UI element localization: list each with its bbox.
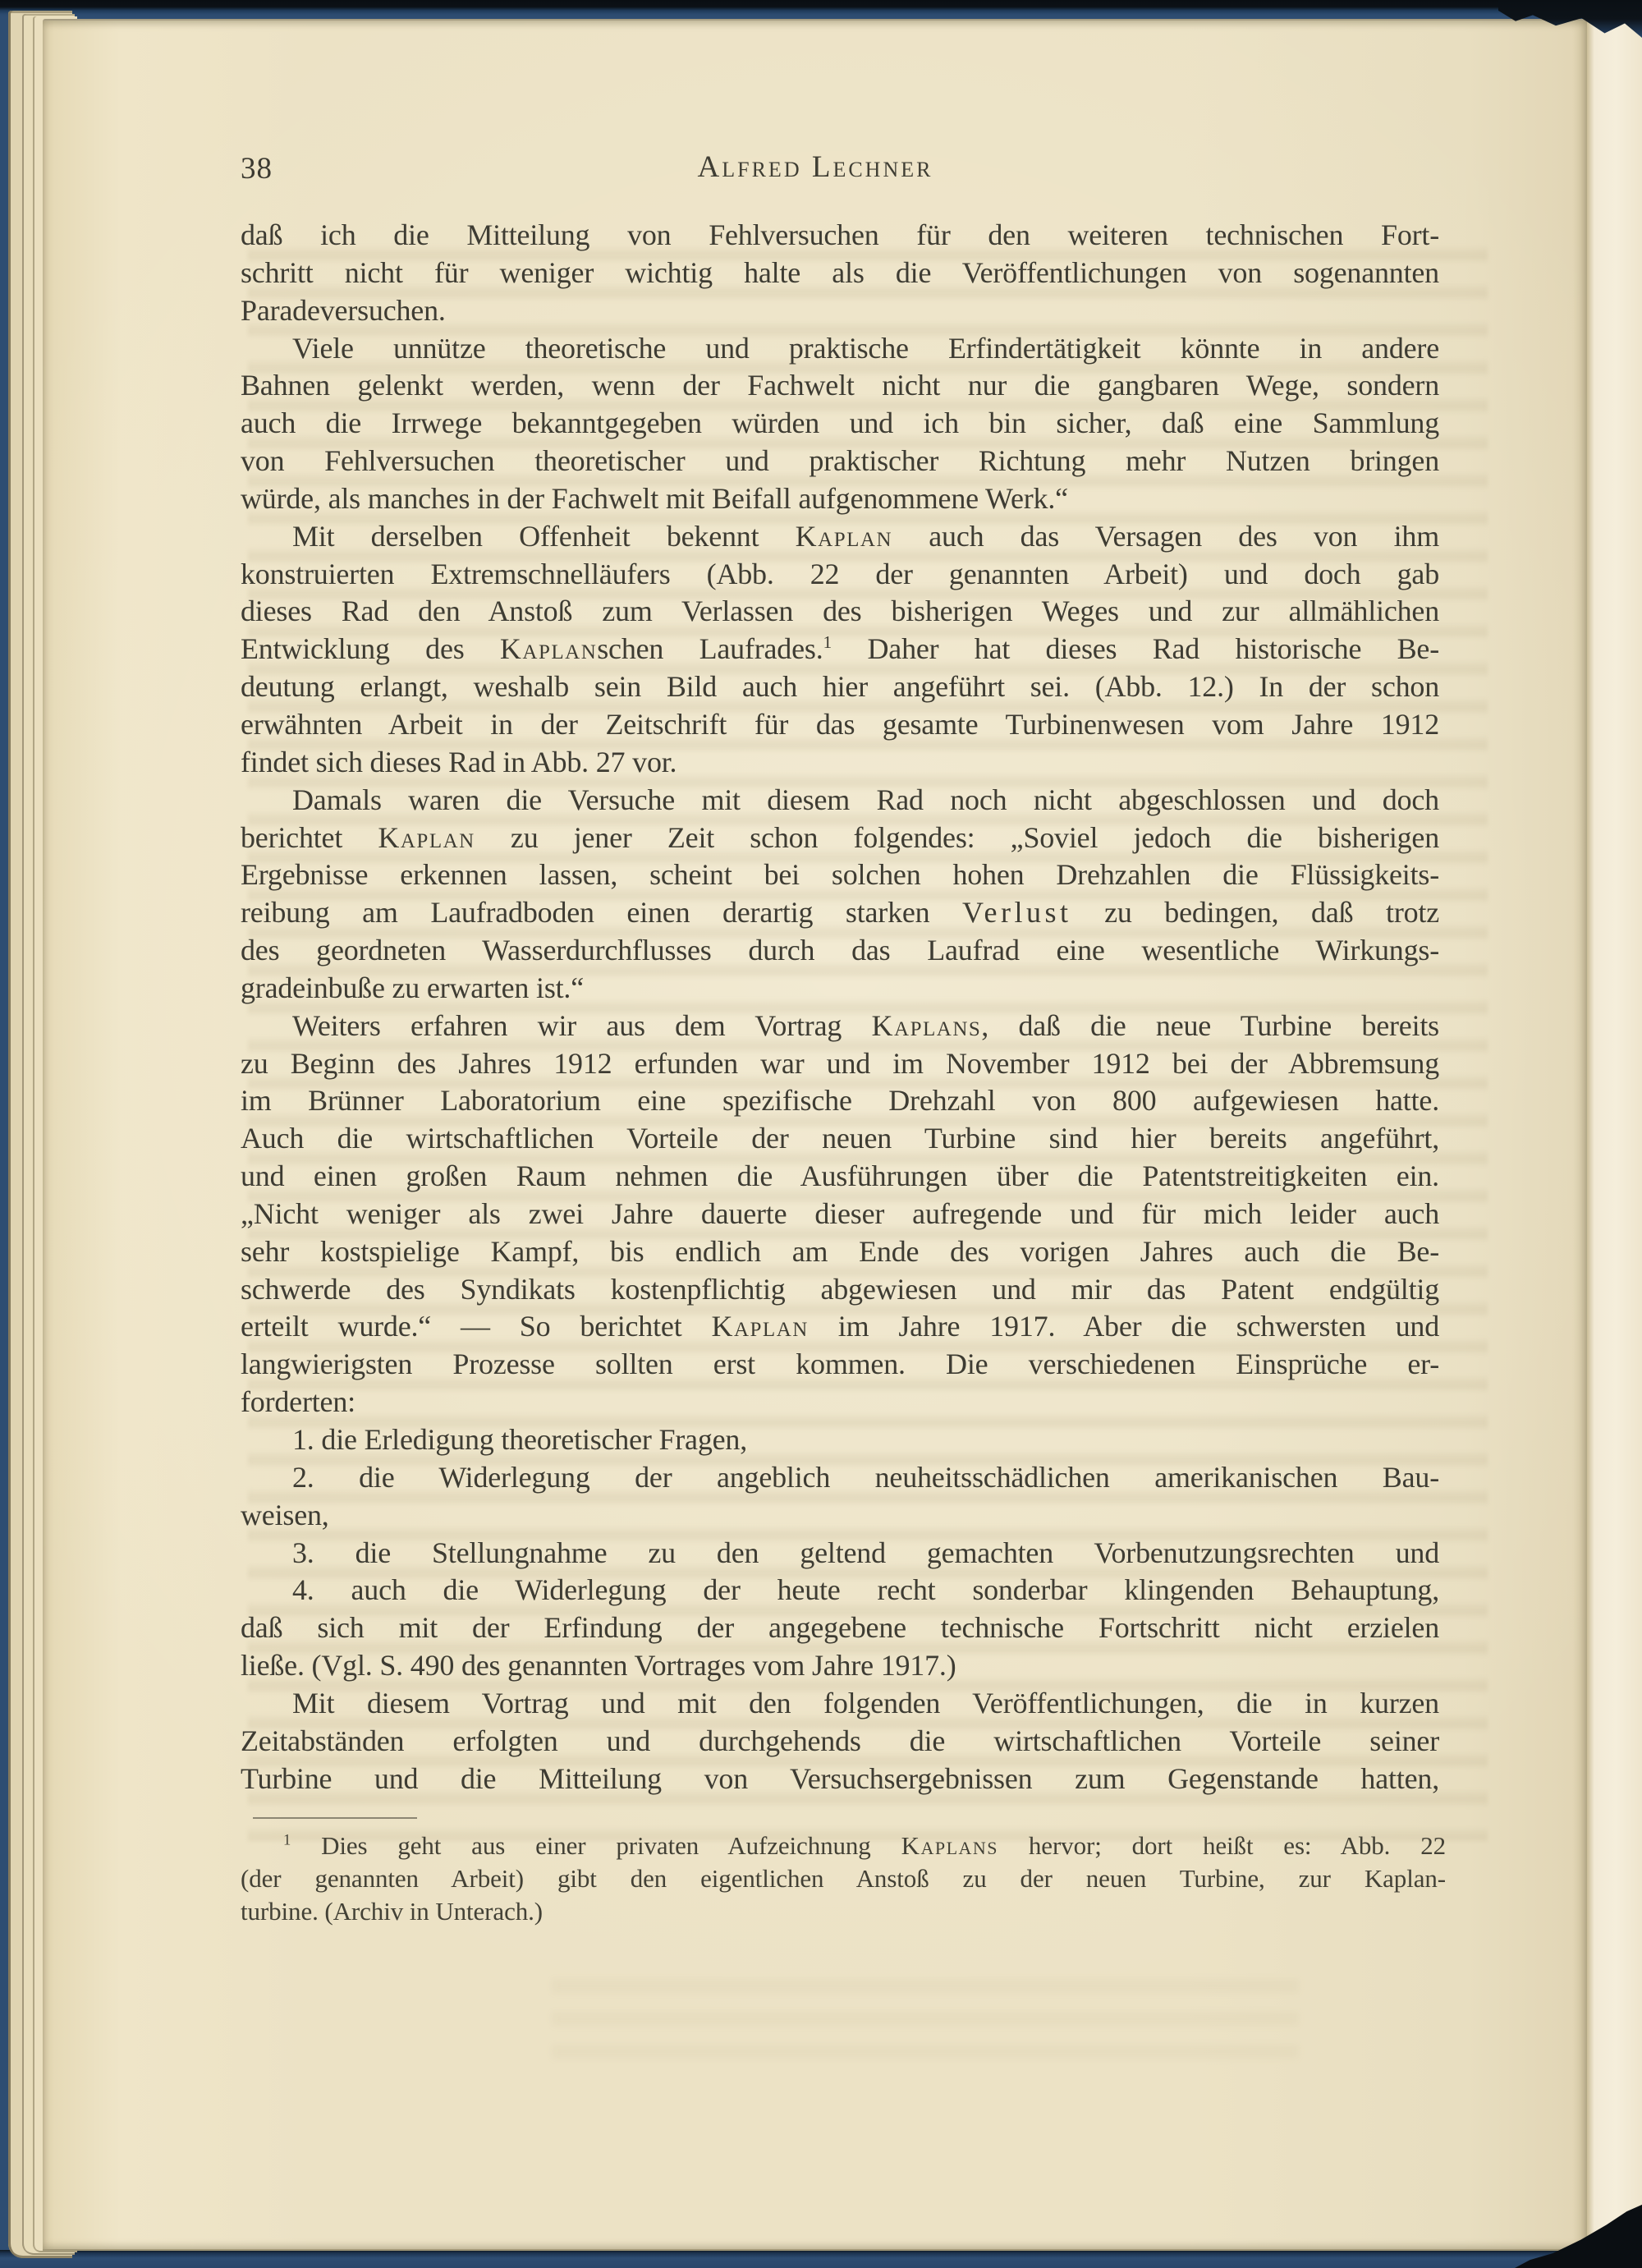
text-line: berichtet Kaplan zu jener Zeit schon fol… — [241, 820, 1439, 857]
body-text: daß ich die Mitteilung von Fehlversuchen… — [241, 217, 1439, 1797]
text-line: deutung erlangt, weshalb sein Bild auch … — [241, 668, 1439, 706]
text-line: Viele unnütze theoretische und praktisch… — [241, 330, 1439, 368]
small-caps-name: Kaplan — [796, 520, 892, 553]
text-line: Mit diesem Vortrag und mit den folgenden… — [241, 1685, 1439, 1723]
small-caps-name: Kaplan — [711, 1310, 808, 1343]
text-line: weisen, — [241, 1497, 1439, 1535]
footnote-text: 1 Dies geht aus einer privaten Aufzeichn… — [241, 1830, 1446, 1928]
text-line: des geordneten Wasserdurchflusses durch … — [241, 932, 1439, 970]
text-line: 2. die Widerlegung der angeblich neuheit… — [241, 1459, 1439, 1497]
reverse-side-show-through-bottom — [552, 1979, 1299, 2073]
footnote-rule — [253, 1817, 417, 1819]
text-line: erwähnten Arbeit in der Zeitschrift für … — [241, 706, 1439, 744]
text-line: schritt nicht für weniger wichtig halte … — [241, 255, 1439, 292]
letterspaced-emphasis: Verlust — [962, 896, 1072, 929]
text-line: daß sich mit der Erfindung der angegeben… — [241, 1609, 1439, 1647]
book-cover-bottom-edge — [0, 2250, 1642, 2268]
text-line: gradeinbuße zu erwarten ist.“ — [241, 970, 1439, 1008]
text-line: Mit derselben Offenheit bekennt Kaplan a… — [241, 518, 1439, 556]
text-line: langwierigsten Prozesse sollten erst kom… — [241, 1346, 1439, 1384]
text-line: 3. die Stellungnahme zu den geltend gema… — [241, 1535, 1439, 1572]
text-line: schwerde des Syndikats kostenpflichtig a… — [241, 1271, 1439, 1309]
text-line: „Nicht weniger als zwei Jahre dauerte di… — [241, 1196, 1439, 1233]
text-line: sehr kostspielige Kampf, bis endlich am … — [241, 1233, 1439, 1271]
text-line: Bahnen gelenkt werden, wenn der Fachwelt… — [241, 367, 1439, 405]
footnote-marker: 1 — [823, 632, 832, 652]
text-line: findet sich dieses Rad in Abb. 27 vor. — [241, 744, 1439, 782]
text-line: ließe. (Vgl. S. 490 des genannten Vortra… — [241, 1647, 1439, 1685]
text-line: dieses Rad den Anstoß zum Verlassen des … — [241, 593, 1439, 631]
text-line: Weiters erfahren wir aus dem Vortrag Kap… — [241, 1008, 1439, 1045]
text-line: Ergebnisse erkennen lassen, scheint bei … — [241, 856, 1439, 894]
text-line: zu Beginn des Jahres 1912 erfunden war u… — [241, 1045, 1439, 1083]
text-line: 4. auch die Widerlegung der heute recht … — [241, 1572, 1439, 1609]
facing-pages-fore-edge — [1585, 18, 1642, 2252]
text-line: Auch die wirtschaftlichen Vorteile der n… — [241, 1120, 1439, 1158]
footnote-line: turbine. (Archiv in Unterach.) — [241, 1895, 1446, 1928]
text-line: auch die Irrwege bekanntgegeben würden u… — [241, 405, 1439, 443]
running-header: Alfred Lechner — [241, 149, 1390, 185]
text-line: konstruierten Extremschnelläufers (Abb. … — [241, 556, 1439, 594]
text-line: erteilt wurde.“ — So berichtet Kaplan im… — [241, 1308, 1439, 1346]
text-line: Zeitabständen erfolgten und durchgehends… — [241, 1723, 1439, 1761]
footnote-line: 1 Dies geht aus einer privaten Aufzeichn… — [241, 1830, 1446, 1862]
text-line: würde, als manches in der Fachwelt mit B… — [241, 480, 1439, 518]
text-line: von Fehlversuchen theoretischer und prak… — [241, 443, 1439, 480]
book-scan-photo: 38 Alfred Lechner daß ich die Mitteilung… — [0, 0, 1642, 2268]
text-line: reibung am Laufradboden einen derartig s… — [241, 894, 1439, 932]
small-caps-name: Kaplans — [901, 1831, 998, 1860]
small-caps-name: Kaplan — [500, 632, 597, 665]
text-line: Damals waren die Versuche mit diesem Rad… — [241, 782, 1439, 820]
small-caps-name: Kaplan — [378, 821, 475, 854]
text-line: Turbine und die Mitteilung von Versuchse… — [241, 1761, 1439, 1798]
footnote-line: (der genannten Arbeit) gibt den eigentli… — [241, 1862, 1446, 1895]
text-line: und einen großen Raum nehmen die Ausführ… — [241, 1158, 1439, 1196]
small-caps-name: Kaplans — [872, 1009, 982, 1042]
footnote-marker: 1 — [283, 1832, 291, 1849]
text-line: 1. die Erledigung theoretischer Fragen, — [241, 1421, 1439, 1459]
text-line: daß ich die Mitteilung von Fehlversuchen… — [241, 217, 1439, 255]
text-line: Paradeversuchen. — [241, 292, 1439, 330]
book-cover-top-edge — [0, 0, 1642, 18]
text-line: forderten: — [241, 1384, 1439, 1421]
text-line: im Brünner Laboratorium eine spezifische… — [241, 1082, 1439, 1120]
text-line: Entwicklung des Kaplanschen Laufrades.1 … — [241, 631, 1439, 668]
